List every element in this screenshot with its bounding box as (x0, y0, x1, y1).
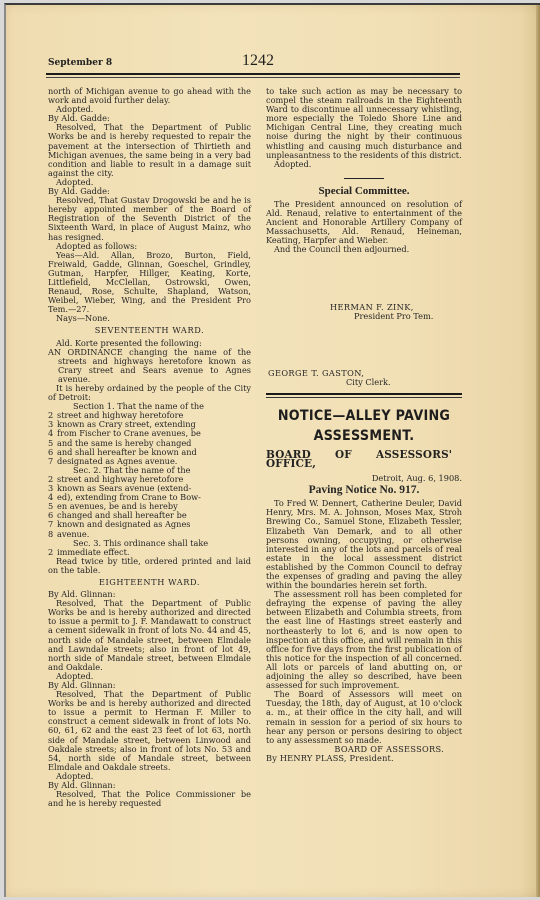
header-rule-thin (46, 77, 460, 78)
paragraph: to take such action as may be necessary … (266, 87, 462, 160)
section-divider (344, 178, 384, 179)
signature-clerk-title: City Clerk. (266, 378, 462, 387)
notice-paragraph: The assessment roll has been completed f… (266, 590, 462, 690)
resolution-text: Resolved, That the Police Commissioner b… (48, 790, 251, 808)
scan-frame: September 8 1242 north of Michigan avenu… (0, 0, 540, 900)
ordinance-title: AN ORDINANCE changing the name of the st… (48, 348, 251, 384)
ordinance-read-note: Read twice by title, ordered printed and… (48, 557, 251, 575)
notice-paragraph: To Fred W. Dennert, Catherine Deuler, Da… (266, 499, 462, 590)
signature-president-title: President Pro Tem. (266, 312, 462, 321)
president-signoff: By HENRY PLASS, President. (266, 754, 462, 763)
ordinance-section-2: Sec. 2. That the name of the 2street and… (48, 466, 251, 539)
ordinance-section-3: Sec. 3. This ordinance shall take 2immed… (48, 539, 251, 557)
ordinance-section-1: Section 1. That the name of the 2street … (48, 402, 251, 466)
ward-heading-seventeenth: SEVENTEENTH WARD. (48, 326, 251, 335)
header-rule-thick (46, 73, 460, 75)
notice-rule-thin (266, 397, 462, 398)
dateline: Detroit, Aug. 6, 1908. (266, 474, 462, 483)
page-binding-edge (536, 5, 540, 897)
nays-list: Nays—None. (48, 314, 251, 323)
ward-heading-eighteenth: EIGHTEENTH WARD. (48, 578, 251, 587)
resolution-text: Resolved, That the Department of Public … (48, 123, 251, 178)
yeas-list: Yeas—Ald. Allan, Brozo, Burton, Field, F… (48, 251, 251, 315)
paving-notice-number: Paving Notice No. 917. (266, 486, 462, 495)
resolution-text: Resolved, That the Department of Public … (48, 690, 251, 772)
notice-paragraph: The Board of Assessors will meet on Tues… (266, 690, 462, 745)
page-number: 1242 (242, 52, 274, 70)
paragraph: The President announced on resolution of… (266, 200, 462, 245)
ordinance-ordained: It is hereby ordained by the people of t… (48, 384, 251, 402)
notice-heading-2: ASSESSMENT. (278, 426, 450, 446)
office-heading: BOARD OF ASSESSORS' OFFICE, (266, 450, 452, 468)
resolution-text: Resolved, That Gustav Drogowski be and h… (48, 196, 251, 241)
notice-heading: NOTICE—ALLEY PAVING (278, 406, 450, 426)
page-header: September 8 1242 (44, 52, 460, 74)
right-column: to take such action as may be necessary … (266, 87, 462, 763)
header-date: September 8 (48, 58, 112, 68)
notice-rule-thick (266, 393, 462, 395)
ordinance-line: 2immediate effect. (48, 548, 251, 557)
paragraph: north of Michigan avenue to go ahead wit… (48, 87, 251, 105)
adjourned-note: And the Council then adjourned. (266, 245, 462, 254)
resolution-text: Resolved, That the Department of Public … (48, 599, 251, 672)
adopted-note: Adopted. (266, 160, 462, 169)
left-column: north of Michigan avenue to go ahead wit… (48, 87, 251, 808)
special-committee-heading: Special Committee. (266, 187, 462, 196)
